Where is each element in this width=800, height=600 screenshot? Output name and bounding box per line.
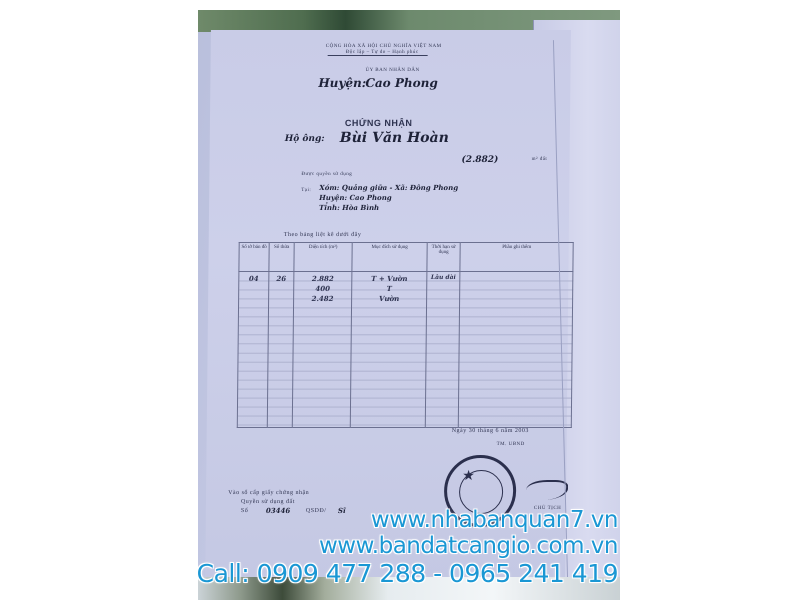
table-caption: Theo bảng liệt kê dưới đây	[284, 232, 362, 238]
national-header: CỘNG HÒA XÃ HỘI CHỦ NGHĨA VIỆT NAM	[326, 44, 442, 49]
authority-label: ỦY BAN NHÂN DÂN	[365, 68, 419, 73]
parcel-table: Số tờ bản đồ Số thửa Diện tích (m²) Mục …	[237, 242, 574, 428]
district-value: Cao Phong	[365, 76, 438, 90]
col-purpose: Mục đích sử dụng	[352, 243, 427, 272]
registry-label: Vào sổ cấp giấy chứng nhận	[228, 490, 309, 496]
signature	[526, 480, 568, 500]
watermark-url-1: www.nhabanquan7.vn	[371, 507, 618, 533]
col-notes: Phần ghi thêm	[460, 243, 573, 272]
col-term: Thời hạn sử dụng	[427, 243, 460, 272]
location-line-3: Tỉnh: Hòa Bình	[319, 203, 379, 212]
purpose-row-1: T + Vườn	[353, 274, 425, 284]
registry-suffix: QSDĐ/	[306, 508, 327, 514]
registry-number-label: Số	[241, 508, 248, 514]
table-row: 04 26 2.882 400 2.482 T + Vườn T Vườn Lâ…	[237, 272, 573, 428]
cell-parcel: 26	[267, 272, 294, 428]
table-header-row: Số tờ bản đồ Số thửa Diện tích (m²) Mục …	[239, 243, 573, 272]
purpose-row-2: T	[353, 284, 425, 294]
district-label: Huyện:	[318, 76, 366, 90]
area-total: (2.882)	[462, 155, 499, 165]
registry-book: Quyền sử dụng đất	[241, 499, 295, 505]
star-emblem-icon: ★	[462, 468, 475, 485]
area-row-1: 2.882	[295, 274, 350, 284]
header-divider	[328, 55, 428, 56]
signing-authority: TM. UBND	[497, 442, 525, 447]
watermark-url-2: www.bandatcangio.com.vn	[319, 533, 618, 559]
location-line-2: Huyện: Cao Phong	[319, 193, 392, 202]
area-row-2: 400	[295, 284, 350, 294]
location-line-1: Xóm: Quảng giữa - Xã: Đông Phong	[319, 183, 458, 192]
registry-number: 03446	[266, 506, 290, 515]
certificate-page: CỘNG HÒA XÃ HỘI CHỦ NGHĨA VIỆT NAM Độc l…	[205, 30, 571, 590]
area-row-3: 2.482	[295, 294, 350, 304]
col-parcel: Số thửa	[269, 243, 294, 272]
cell-term: Lâu dài	[425, 272, 460, 428]
certificate-title: CHỨNG NHẬN	[345, 118, 413, 128]
purpose-row-3: Vườn	[353, 294, 425, 304]
cell-purpose: T + Vườn T Vườn	[350, 272, 427, 428]
cell-area: 2.882 400 2.482	[292, 272, 352, 428]
cell-map-sheet: 04	[237, 272, 269, 428]
watermark-phone: Call: 0909 477 288 - 0965 241 419	[197, 559, 618, 588]
household-label: Hộ ông:	[285, 134, 325, 144]
household-name: Bùi Văn Hoàn	[340, 130, 449, 146]
usage-right-label: Được quyền sử dụng	[301, 172, 352, 177]
col-map-sheet: Số tờ bản đồ	[239, 243, 269, 272]
registry-code: Sĩ	[338, 506, 346, 515]
location-label: Tại:	[301, 188, 311, 193]
area-unit: m² đất	[532, 157, 548, 162]
col-area: Diện tích (m²)	[294, 243, 352, 272]
date-line: Ngày 30 tháng 6 năm 2003	[452, 428, 529, 434]
cell-notes	[458, 272, 573, 428]
